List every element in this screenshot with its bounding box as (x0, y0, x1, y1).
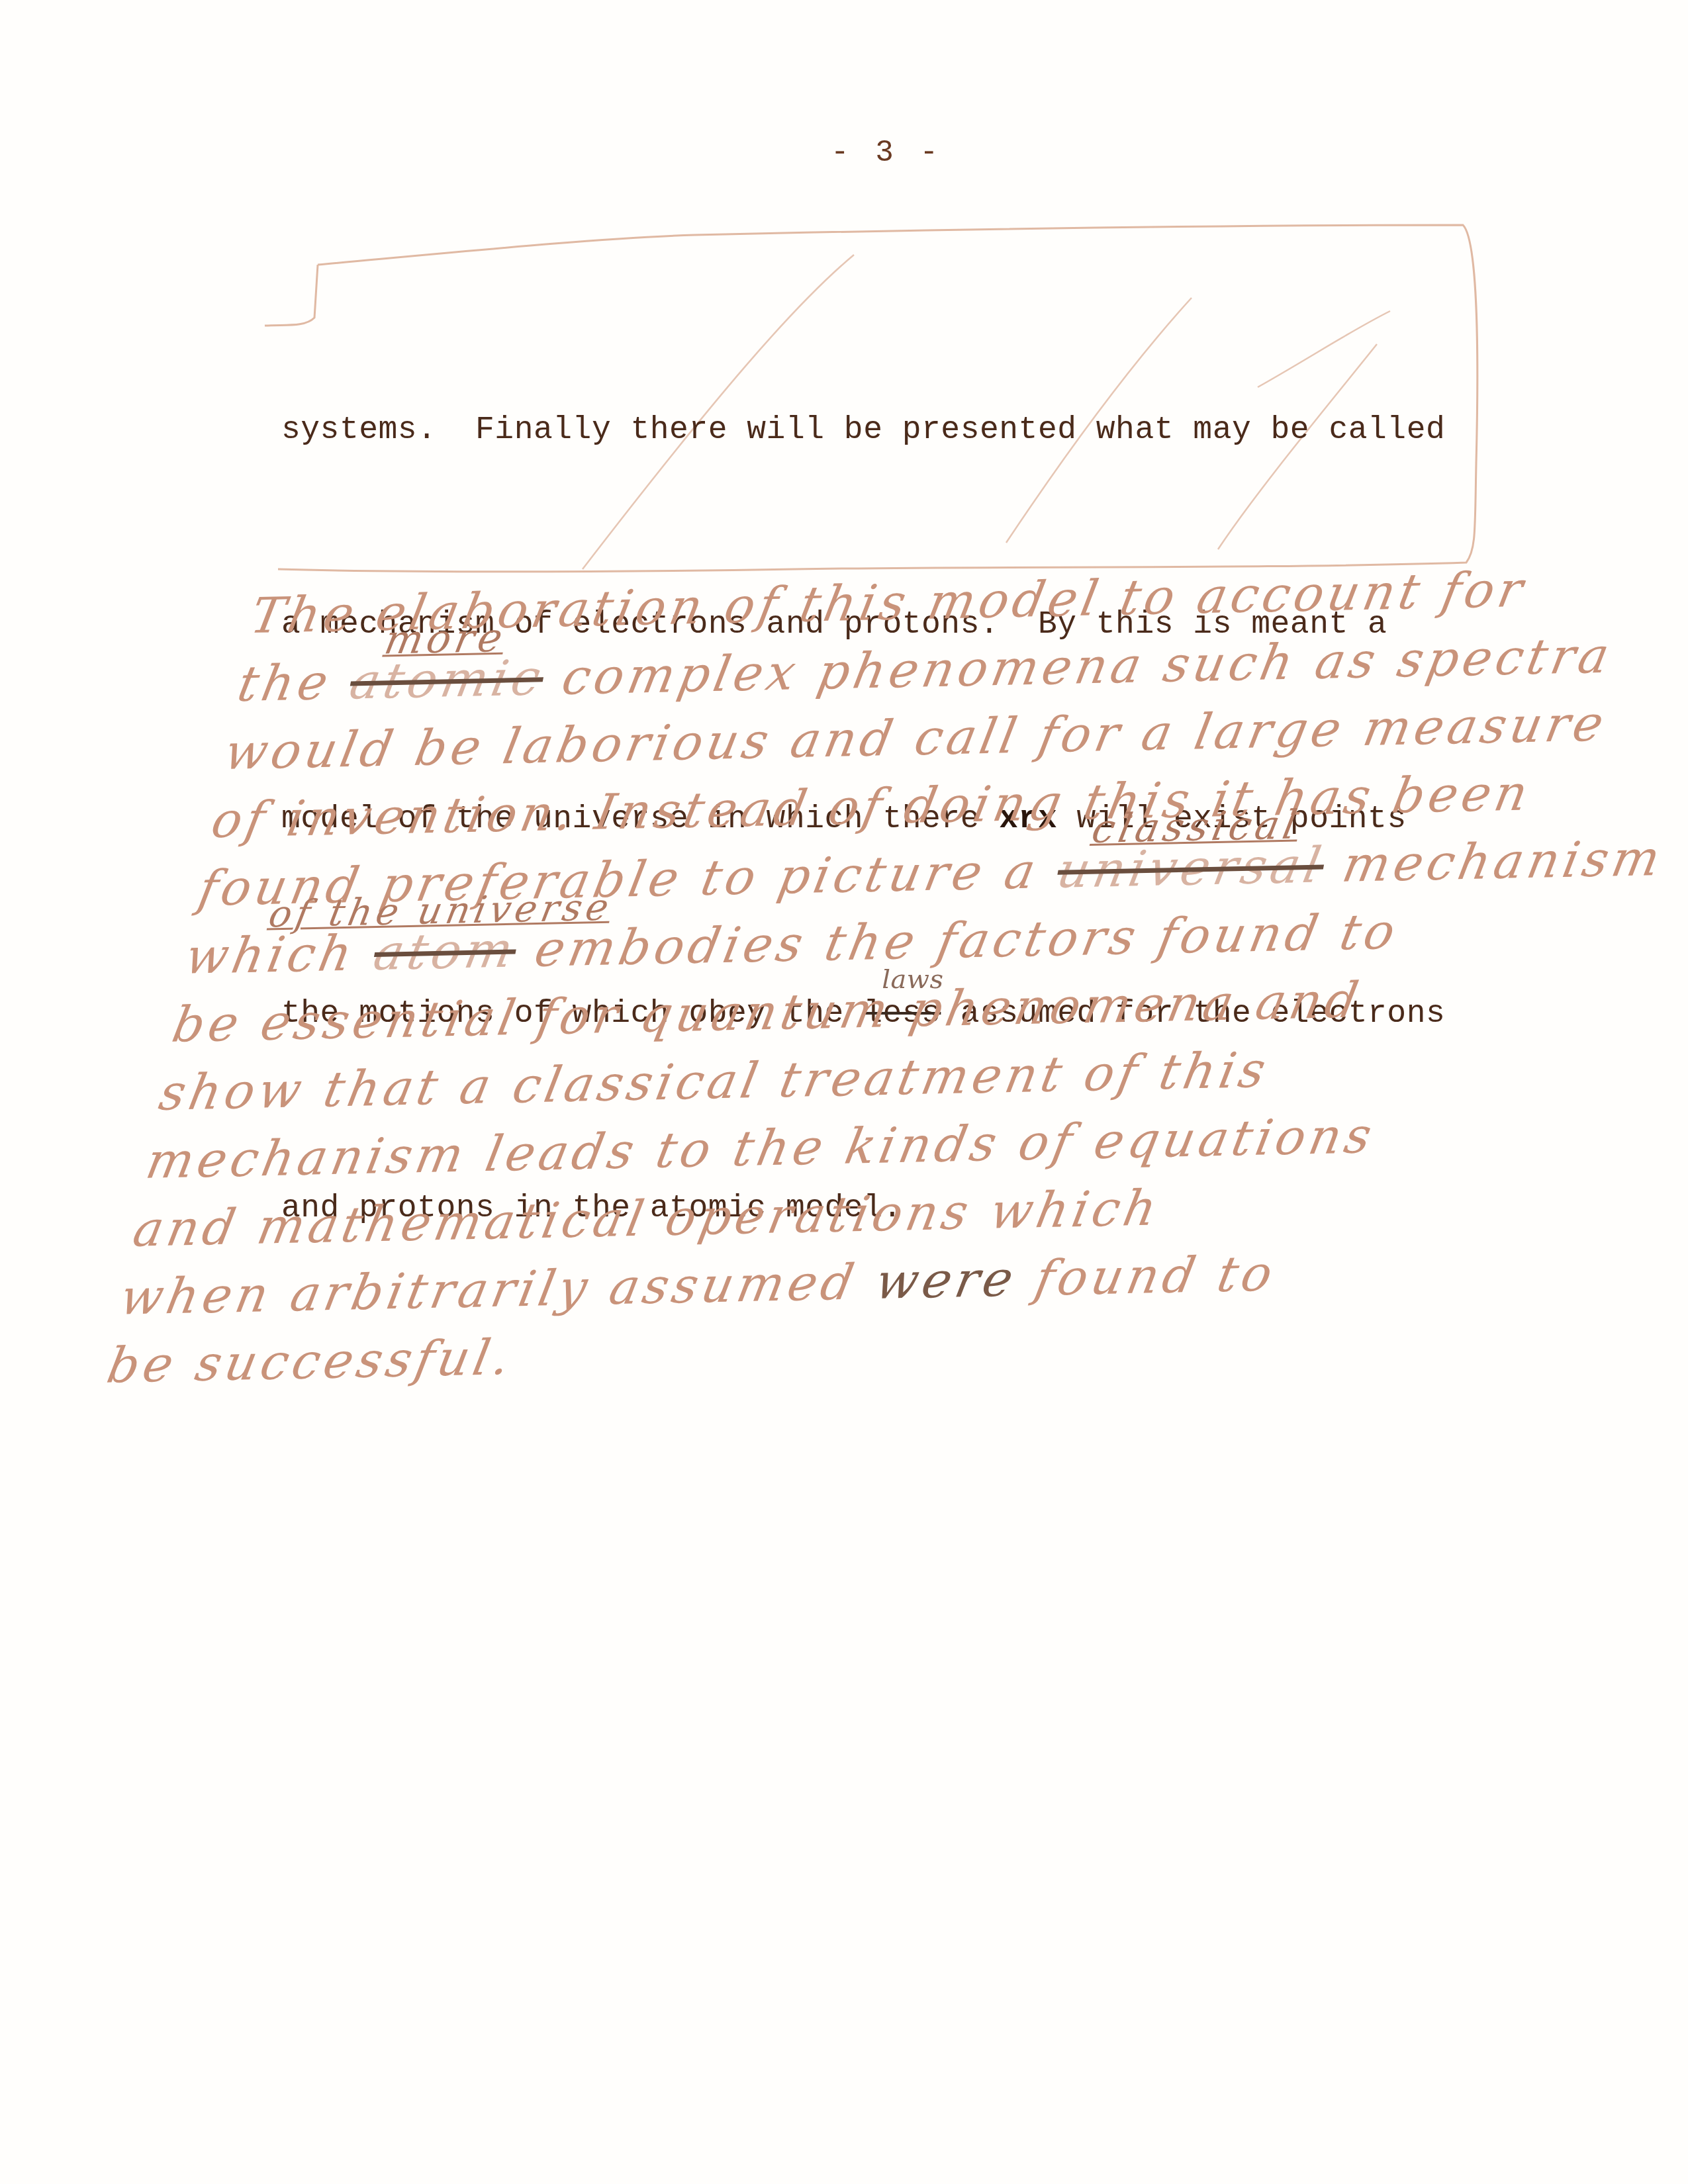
document-page: - 3 - systems. Finally there will be pre… (0, 0, 1688, 2184)
hand-insertion: of the universe (263, 874, 618, 949)
hand-insertion: more (379, 604, 512, 675)
hand-correction: universalclassical (1052, 831, 1331, 905)
hand-overwritten-word: were (871, 1251, 1022, 1310)
hand-correction: atomicmore (344, 644, 550, 716)
hand-line-6-after: embodies the factors found to (510, 903, 1403, 979)
handwritten-paragraph: The elaboration of this model to account… (101, 553, 1667, 1400)
hand-line-11-after: found to (1011, 1245, 1281, 1307)
hand-line-2-before: the (233, 653, 356, 713)
hand-line-5-after: mechanism (1319, 830, 1669, 894)
typed-line-1: systems. Finally there will be presented… (281, 398, 1445, 463)
hand-insertion: classical (1086, 792, 1307, 864)
hand-line-11-before: when arbitrarily assumed (116, 1253, 882, 1326)
page-number: - 3 - (831, 136, 942, 170)
hand-correction: atomof the universe (368, 917, 522, 987)
